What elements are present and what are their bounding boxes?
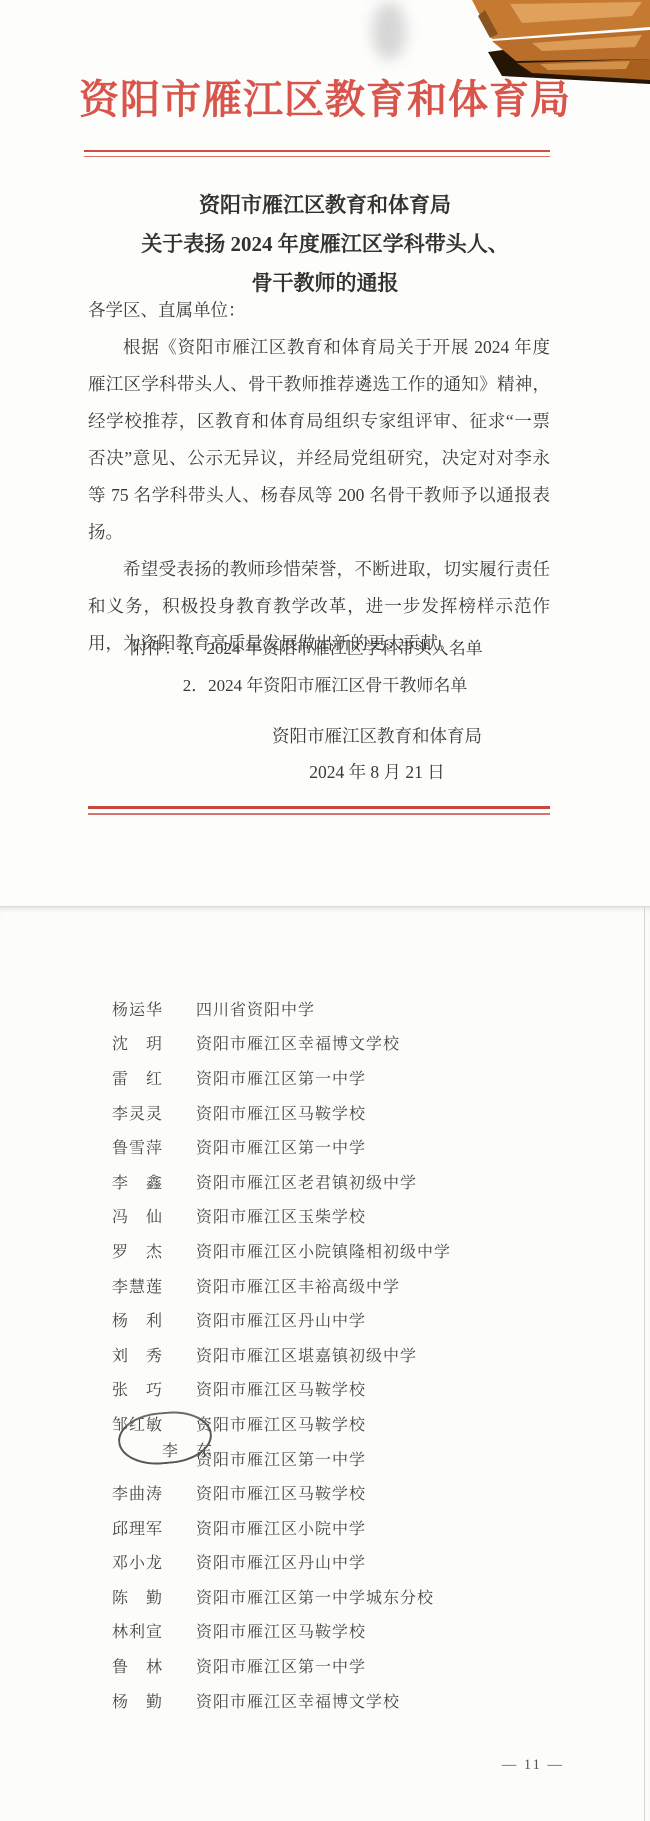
issuing-agency: 资阳市雁江区教育和体育局 xyxy=(272,718,482,754)
attachment-item-2: 2．2024 年资阳市雁江区骨干教师名单 xyxy=(130,667,550,704)
school-name: 资阳市雁江区老君镇初级中学 xyxy=(196,1170,417,1193)
roster-row: 李灵灵 资阳市雁江区马鞍学校 xyxy=(112,1095,451,1130)
teacher-name: 杨运华 xyxy=(112,997,196,1020)
roster-row: 李 鑫 资阳市雁江区老君镇初级中学 xyxy=(112,1164,451,1199)
issue-date: 2024 年 8 月 21 日 xyxy=(272,754,482,790)
school-name: 资阳市雁江区马鞍学校 xyxy=(196,1412,366,1435)
roster-row-circled: 李 东 资阳市雁江区第一中学 xyxy=(112,1441,451,1476)
teacher-name: 李曲涛 xyxy=(112,1481,196,1504)
roster-row: 罗 杰 资阳市雁江区小院镇隆相初级中学 xyxy=(112,1233,451,1268)
school-name: 四川省资阳中学 xyxy=(196,997,315,1020)
school-name: 资阳市雁江区第一中学 xyxy=(196,1066,366,1089)
teacher-name: 鲁雪萍 xyxy=(112,1135,196,1158)
teacher-name: 雷 红 xyxy=(112,1066,196,1089)
roster-row: 陈 勤 资阳市雁江区第一中学城东分校 xyxy=(112,1579,451,1614)
school-name: 资阳市雁江区堪嘉镇初级中学 xyxy=(196,1343,417,1366)
teacher-name: 陈 勤 xyxy=(112,1585,196,1608)
document-body: 各学区、直属单位： 根据《资阳市雁江区教育和体育局关于开展 2024 年度雁江区… xyxy=(88,292,550,662)
school-name: 资阳市雁江区幸福博文学校 xyxy=(196,1689,400,1712)
scan-edge-line xyxy=(644,907,645,1821)
school-name: 资阳市雁江区第一中学 xyxy=(196,1654,366,1677)
school-name: 资阳市雁江区小院中学 xyxy=(196,1516,366,1539)
document-title-line1: 资阳市雁江区教育和体育局 xyxy=(0,186,650,225)
school-name: 资阳市雁江区第一中学 xyxy=(196,1135,366,1158)
teacher-name: 鲁 林 xyxy=(112,1654,196,1677)
school-name: 资阳市雁江区马鞍学校 xyxy=(196,1101,366,1124)
footer-double-rule xyxy=(88,806,550,815)
school-name: 资阳市雁江区第一中学 xyxy=(196,1447,366,1470)
teacher-name: 张 巧 xyxy=(112,1377,196,1400)
school-name: 资阳市雁江区幸福博文学校 xyxy=(196,1031,400,1054)
roster-row: 杨 勤 资阳市雁江区幸福博文学校 xyxy=(112,1683,451,1718)
roster-row: 鲁 林 资阳市雁江区第一中学 xyxy=(112,1648,451,1683)
roster-row: 李慧莲 资阳市雁江区丰裕高级中学 xyxy=(112,1268,451,1303)
roster-row: 林利宣 资阳市雁江区马鞍学校 xyxy=(112,1614,451,1649)
letterhead-double-rule xyxy=(84,150,550,157)
school-name: 资阳市雁江区马鞍学校 xyxy=(196,1481,366,1504)
roster-row: 邓小龙 资阳市雁江区丹山中学 xyxy=(112,1545,451,1580)
roster-row: 鲁雪萍 资阳市雁江区第一中学 xyxy=(112,1129,451,1164)
school-name: 资阳市雁江区小院镇隆相初级中学 xyxy=(196,1239,451,1262)
school-name: 资阳市雁江区丰裕高级中学 xyxy=(196,1274,400,1297)
document-title: 资阳市雁江区教育和体育局 关于表扬 2024 年度雁江区学科带头人、 骨干教师的… xyxy=(0,186,650,303)
teacher-name: 杨 利 xyxy=(112,1308,196,1331)
document-title-line2: 关于表扬 2024 年度雁江区学科带头人、 xyxy=(0,225,650,264)
school-name: 资阳市雁江区丹山中学 xyxy=(196,1550,366,1573)
school-name: 资阳市雁江区玉柴学校 xyxy=(196,1204,366,1227)
teacher-name: 李灵灵 xyxy=(112,1101,196,1124)
teacher-name: 刘 秀 xyxy=(112,1343,196,1366)
teacher-name: 李 鑫 xyxy=(112,1170,196,1193)
roster-row: 沈 玥 资阳市雁江区幸福博文学校 xyxy=(112,1026,451,1061)
teacher-name: 林利宣 xyxy=(112,1619,196,1642)
roster-row: 邱理军 资阳市雁江区小院中学 xyxy=(112,1510,451,1545)
roster-row: 张 巧 资阳市雁江区马鞍学校 xyxy=(112,1372,451,1407)
teacher-name: 杨 勤 xyxy=(112,1689,196,1712)
teacher-name: 邓小龙 xyxy=(112,1550,196,1573)
teacher-roster: 杨运华 四川省资阳中学 沈 玥 资阳市雁江区幸福博文学校 雷 红 资阳市雁江区第… xyxy=(112,991,451,1717)
attachments-list: 附件：1．2024 年资阳市雁江区学科带头人名单 2．2024 年资阳市雁江区骨… xyxy=(130,630,550,704)
roster-row: 雷 红 资阳市雁江区第一中学 xyxy=(112,1060,451,1095)
salutation: 各学区、直属单位： xyxy=(88,292,550,329)
school-name: 资阳市雁江区丹山中学 xyxy=(196,1308,366,1331)
teacher-name: 李慧莲 xyxy=(112,1274,196,1297)
school-name: 资阳市雁江区第一中学城东分校 xyxy=(196,1585,434,1608)
roster-row: 杨 利 资阳市雁江区丹山中学 xyxy=(112,1302,451,1337)
roster-row: 冯 仙 资阳市雁江区玉柴学校 xyxy=(112,1199,451,1234)
roster-row: 刘 秀 资阳市雁江区堪嘉镇初级中学 xyxy=(112,1337,451,1372)
teacher-name: 邱理军 xyxy=(112,1516,196,1539)
signature-block: 资阳市雁江区教育和体育局 2024 年 8 月 21 日 xyxy=(272,718,482,790)
letterhead-agency-title: 资阳市雁江区教育和体育局 xyxy=(0,68,650,125)
notice-page: 资阳市雁江区教育和体育局 资阳市雁江区教育和体育局 关于表扬 2024 年度雁江… xyxy=(0,0,650,906)
roster-page: 杨运华 四川省资阳中学 沈 玥 资阳市雁江区幸福博文学校 雷 红 资阳市雁江区第… xyxy=(0,906,650,1821)
roster-row: 杨运华 四川省资阳中学 xyxy=(112,991,451,1026)
attachment-item-1: 附件：1．2024 年资阳市雁江区学科带头人名单 xyxy=(130,630,550,667)
school-name: 资阳市雁江区马鞍学校 xyxy=(196,1377,366,1400)
roster-row: 李曲涛 资阳市雁江区马鞍学校 xyxy=(112,1475,451,1510)
scanned-document-photo: 资阳市雁江区教育和体育局 资阳市雁江区教育和体育局 关于表扬 2024 年度雁江… xyxy=(0,0,650,1821)
page-number: — 11 — xyxy=(502,1757,564,1774)
teacher-name: 冯 仙 xyxy=(112,1204,196,1227)
school-name: 资阳市雁江区马鞍学校 xyxy=(196,1619,366,1642)
body-paragraph-1: 根据《资阳市雁江区教育和体育局关于开展 2024 年度雁江区学科带头人、骨干教师… xyxy=(88,329,550,551)
teacher-name: 罗 杰 xyxy=(112,1239,196,1262)
teacher-name: 沈 玥 xyxy=(112,1031,196,1054)
